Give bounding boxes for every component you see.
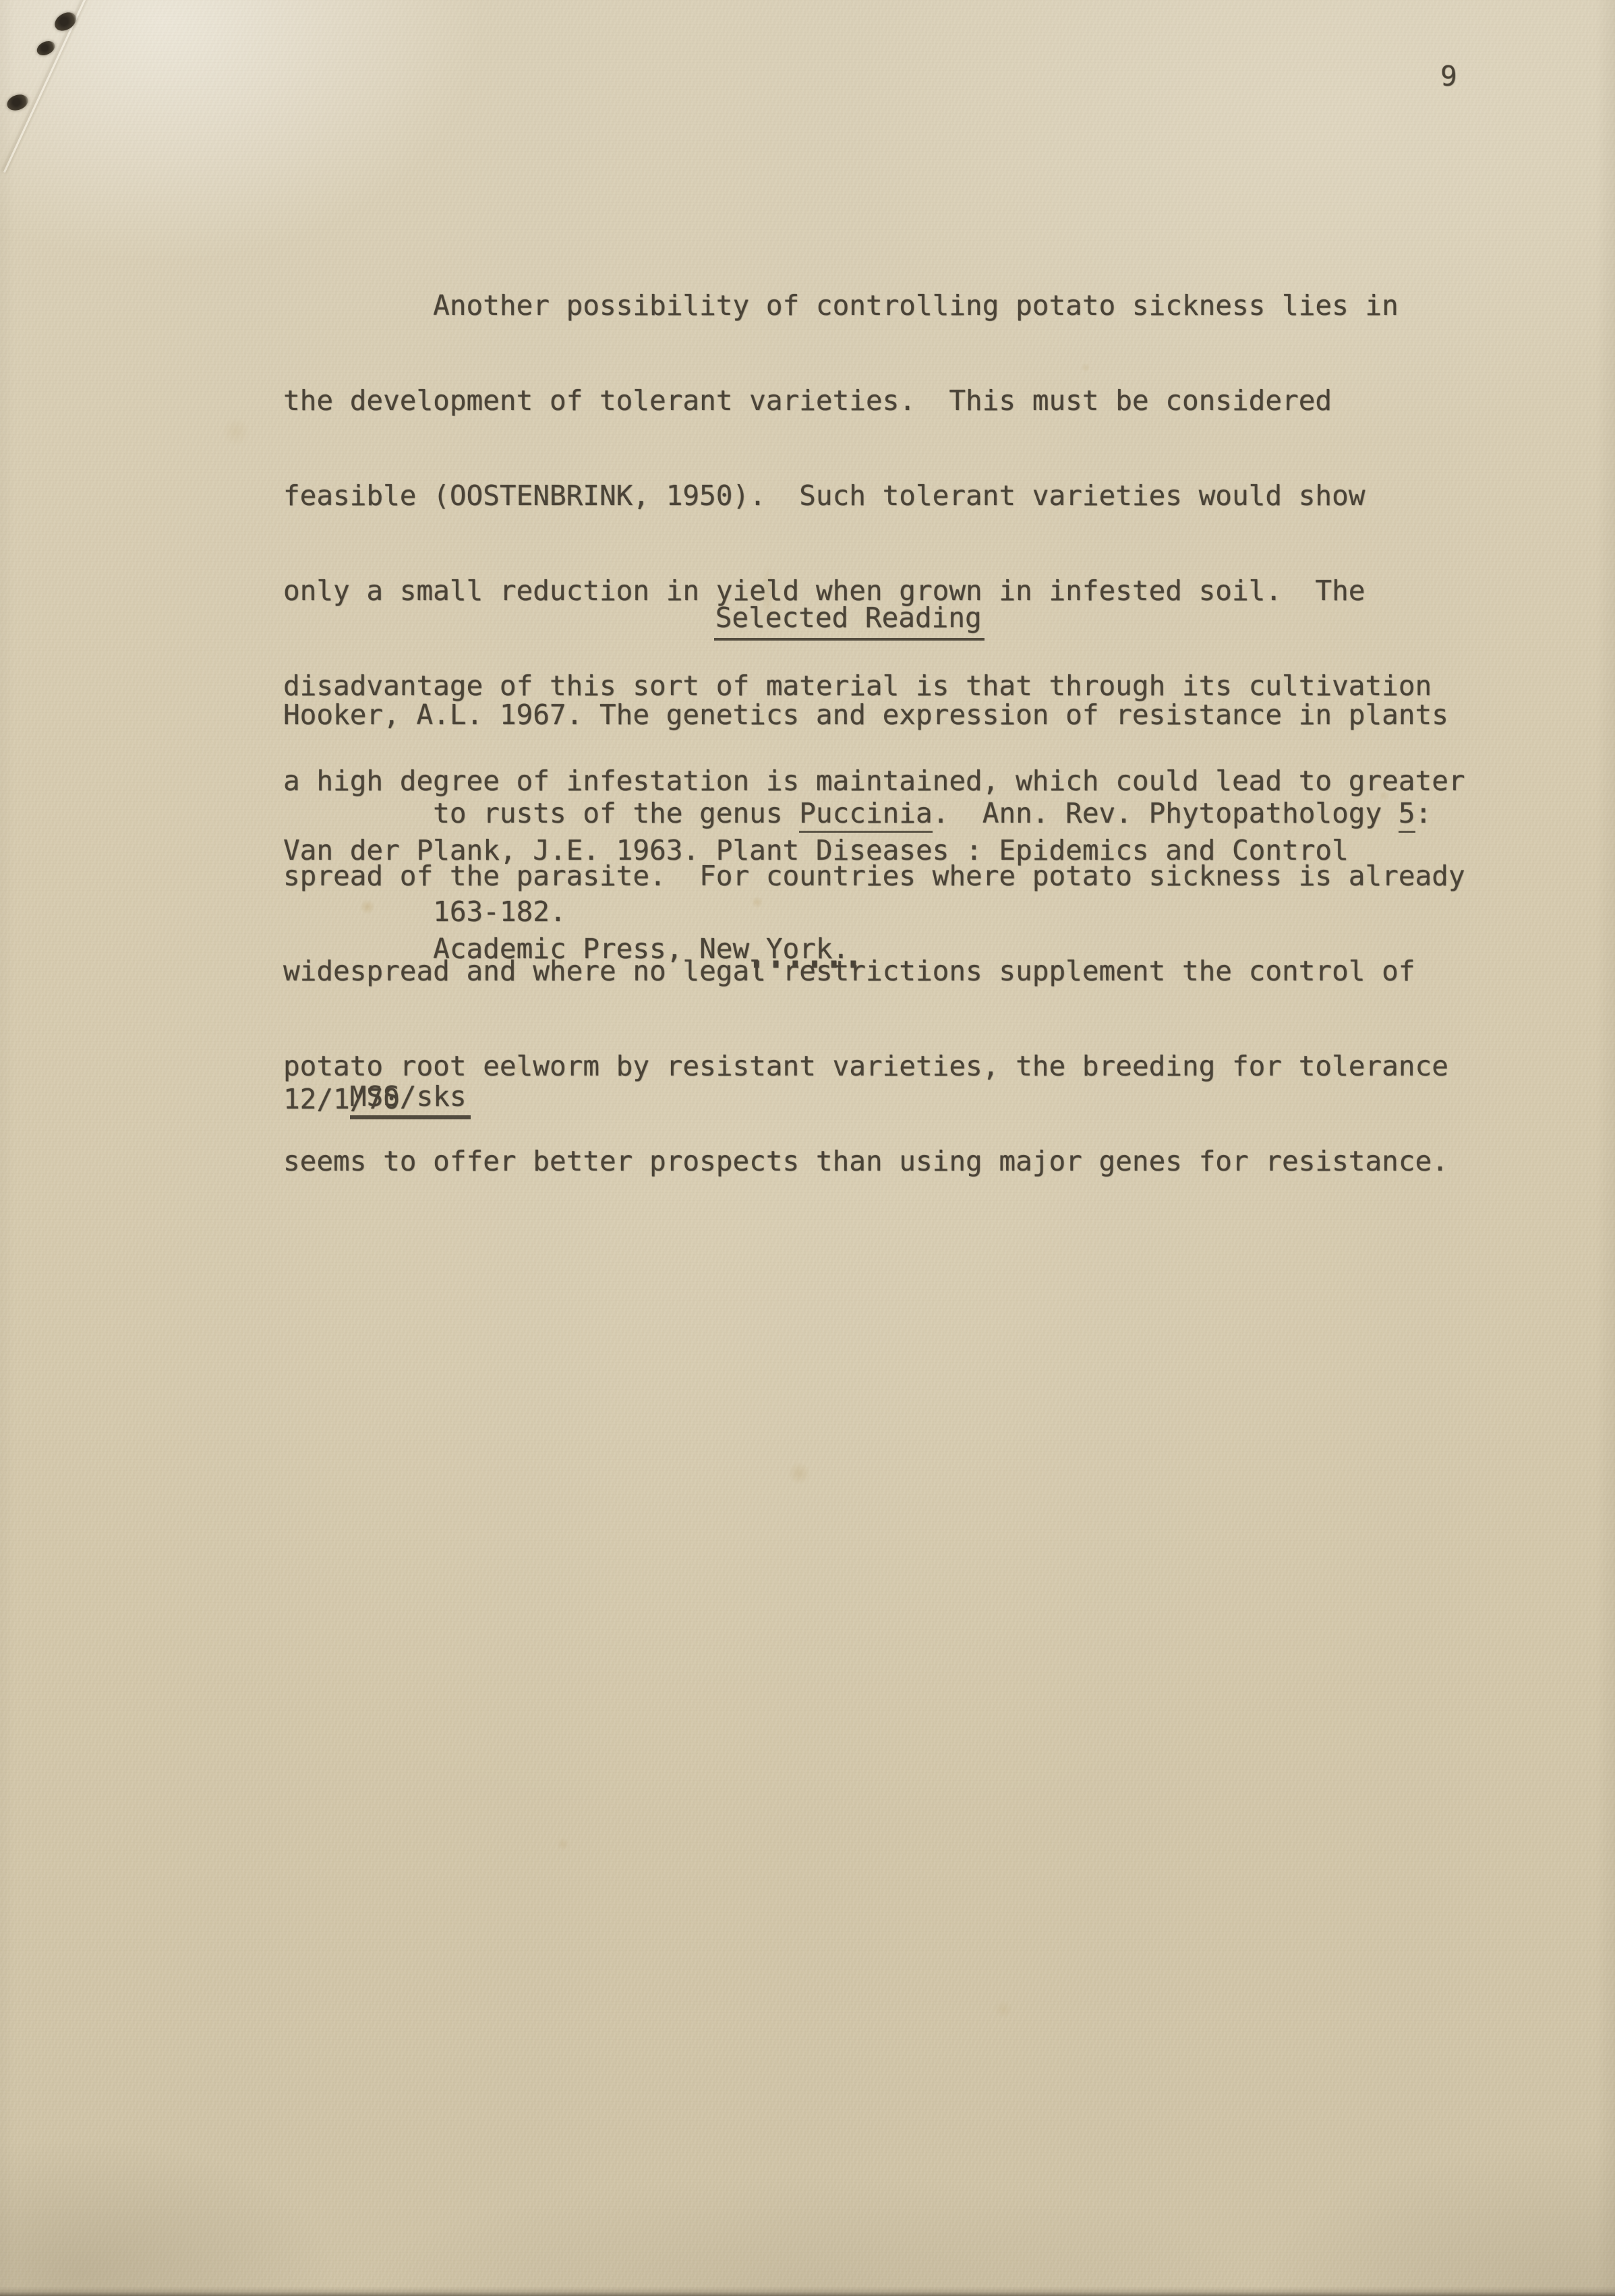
paragraph-line: the development of tolerant varieties. T… (283, 385, 1465, 417)
volume-number-underlined: 5 (1399, 797, 1415, 833)
reference-vanderplank: Van der Plank, J.E. 1963. Plant Diseases… (283, 769, 1349, 1030)
staple-mark (51, 9, 80, 34)
separator-dots: ...... (747, 935, 863, 974)
page-number: 9 (1440, 61, 1457, 92)
paragraph-line: Another possibility of controlling potat… (283, 290, 1465, 322)
paper-crease (3, 0, 94, 173)
reference-line: Hooker, A.L. 1967. The genetics and expr… (283, 697, 1448, 732)
reference-text: : (1415, 797, 1432, 829)
paragraph-line: seems to offer better prospects than usi… (283, 1146, 1465, 1177)
scanned-document-page: 9 Another possibility of controlling pot… (0, 0, 1615, 2296)
typed-date: 12/1/70 (283, 1084, 400, 1115)
paragraph-line: feasible (OOSTENBRINK, 1950). Such toler… (283, 480, 1465, 512)
staple-mark (34, 38, 57, 58)
reference-line: Van der Plank, J.E. 1963. Plant Diseases… (283, 833, 1349, 868)
page-bottom-shadow (0, 2287, 1615, 2296)
staple-mark (5, 92, 30, 113)
